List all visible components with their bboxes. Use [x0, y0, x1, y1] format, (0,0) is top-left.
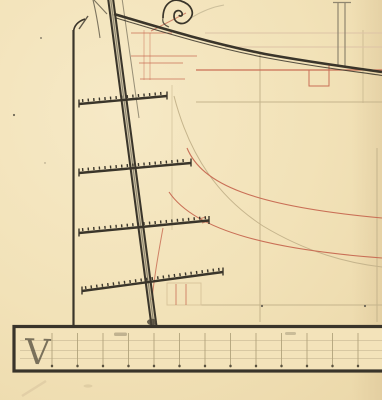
- scale-annotation-smudge: [285, 332, 296, 335]
- scanned-plan-page: Scanned historical ship plan — stern det…: [0, 0, 382, 400]
- ship-plan-drawing: Scanned historical ship plan — stern det…: [0, 0, 382, 400]
- scale-bar: V: [14, 327, 382, 374]
- baseline-mark: [261, 305, 263, 307]
- baseline-mark: [364, 305, 366, 307]
- ink-speck: [40, 37, 42, 39]
- ink-speck: [44, 162, 45, 163]
- scale-bar-numeral: V: [23, 333, 51, 374]
- scale-annotation-smudge: [114, 333, 127, 337]
- ink-speck: [13, 114, 15, 116]
- mast-foot: [147, 319, 157, 325]
- paper-stain: [84, 384, 93, 387]
- scale-bar-frame: [14, 327, 382, 372]
